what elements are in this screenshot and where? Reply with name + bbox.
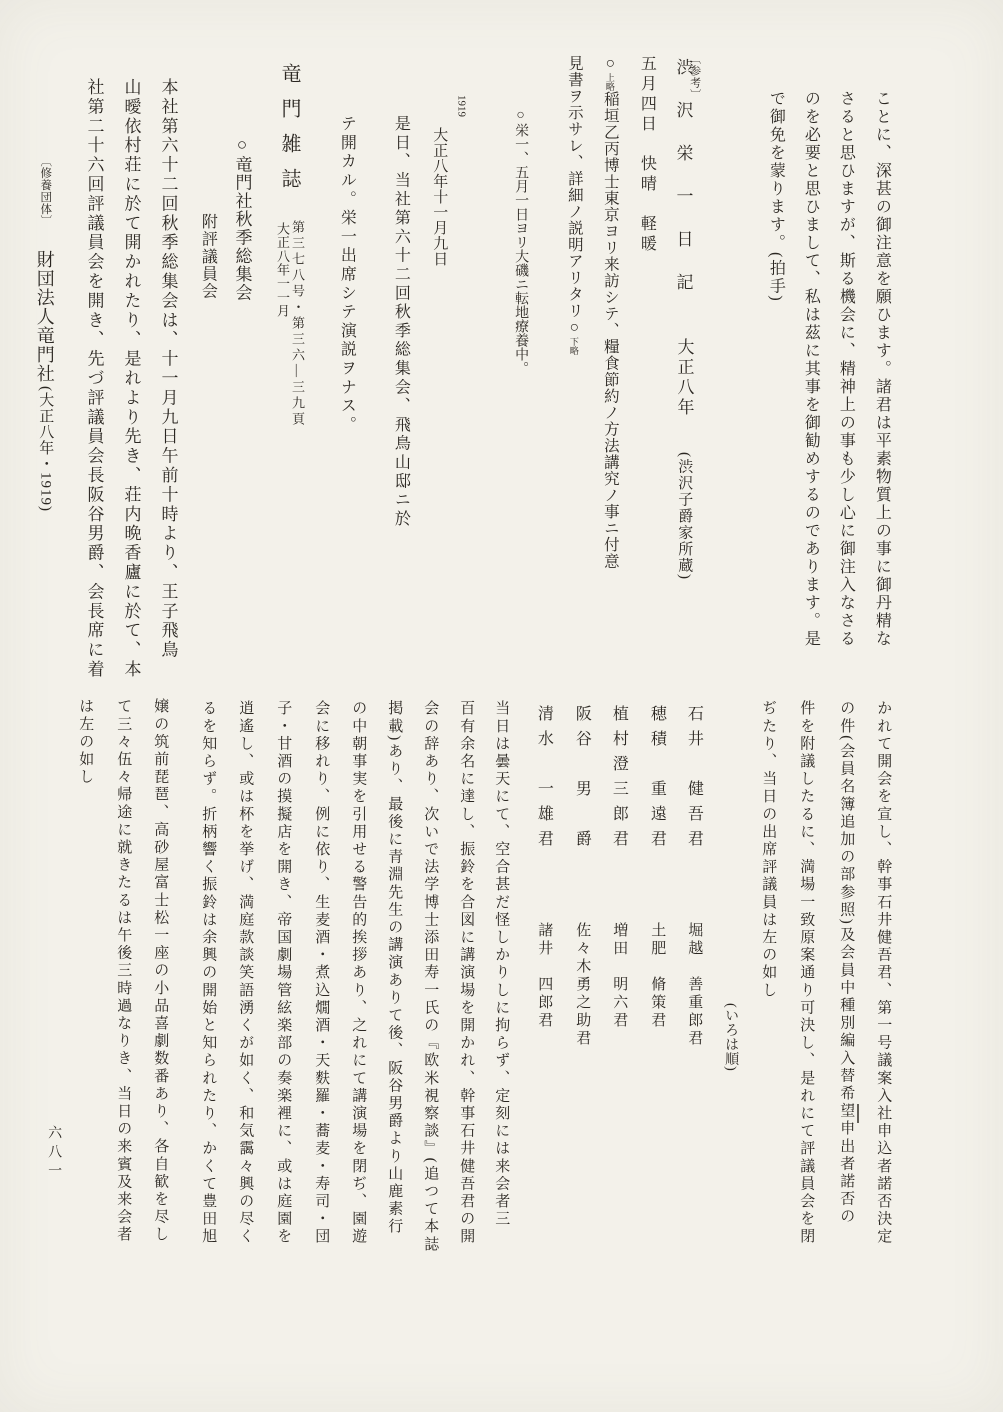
report-column-3: 会の辞あり、次いで法学博士添田寿一氏の『欧米視察談』(追つて本誌 (421, 700, 438, 1253)
journal-issue-date: 大正八年一一月 (274, 222, 289, 318)
scan-artifact (857, 1104, 859, 1123)
entry-date-heading: 大正八年十一月九日 (430, 127, 447, 267)
diary-body-column-1: ○上略稲垣乙丙博士東京ヨリ来訪シテ、糧食節約ノ方法講究ノ事ニ付意 (601, 55, 619, 570)
report-column-4: 掲載)あり、最後に青淵先生の講演ありて後、阪谷男爵より山鹿素行 (385, 700, 402, 1236)
journal-name: 竜門雑誌 (277, 63, 300, 203)
report-column-8: 逍遙し、或は杯を挙げ、満庭款談笑語湧くが如く、和気靄々興の尽く (236, 700, 253, 1246)
article-body-column-1: 本社第六十二回秋季総集会は、十一月九日午前十時より、王子飛鳥 (158, 78, 178, 660)
attendee-name: 植村澄三郎君 (609, 705, 627, 855)
report-column-5: の中朝事実を引用せる警告的挨拶あり、之れにて講演場を閉ぢ、園遊 (349, 700, 366, 1246)
attendee-name: 土肥 脩策君 (648, 922, 665, 1030)
article-subheading: 附評議員会 (198, 213, 216, 300)
entry-body-column-2: テ開カル。栄一出席シテ演説ヲナス。 (337, 115, 355, 435)
report-column-10: 嬢の筑前琵琶、高砂屋富士松一座の小品喜劇数番あり、各自歓を尽し (151, 698, 168, 1244)
minutes-column-2: の件(会員名簿追加の部参照)及会員中種別編入替希望申出者諾否の (837, 700, 854, 1226)
attendee-name: 清水 一雄君 (534, 705, 552, 855)
minutes-column-3: 件を附議したるに、満場一致原案通り可決し、是れにて評議員会を閉 (797, 700, 814, 1246)
article-body-column-3: 社第二十六回評議員会を開き、先づ評議員会長阪谷男爵、会長席に着 (84, 78, 104, 679)
side-category-label: 〔修養団体〕 (38, 155, 51, 227)
ellipsis-circle-mark: ○ (602, 55, 619, 73)
attendee-name: 増田 明六君 (610, 922, 627, 1030)
attendee-name: 穂積 重遠君 (647, 705, 665, 855)
attendee-name: 堀越 善重郎君 (685, 922, 702, 1048)
attendee-name: 石井 健吾君 (684, 705, 702, 855)
diary-title: 渋沢栄一日記 (673, 58, 693, 316)
diary-body-text-2: 見書ヲ示サレ、詳細ノ説明アリタリ (566, 55, 583, 319)
report-column-11: て三々伍々帰途に就きたるは午後三時過なりき、当日の来賓及来会者 (114, 698, 131, 1244)
ellipsis-circle-mark: ○ (566, 319, 583, 337)
speech-column-2: さると思ひますが、斯る機会に、精神上の事も少し心に御注入なさる (836, 90, 854, 648)
minutes-column-1: かれて開会を宣し、幹事石井健吾君、第一号議案入社申込者諾否決定 (874, 700, 891, 1246)
report-column-2: 百有余名に達し、振鈴を合図に講演場を開かれ、幹事石井健吾君の開 (457, 700, 474, 1246)
side-organization-label: 財団法人竜門社 (34, 250, 55, 383)
journal-issue: 第三七八号・第三六―三九頁 (289, 220, 304, 428)
report-column-7: 子・甘酒の摸擬店を開き、帝国劇場管絃楽部の奏楽裡に、或は庭園を (274, 700, 291, 1246)
entry-body-column-1: 是日、当社第六十二回秋季総集会、飛鳥山邸ニ於 (391, 115, 409, 529)
report-column-6: 会に移れり、例に依り、生麦酒・煮込燗酒・天麩羅・蕎麦・寿司・団 (312, 700, 329, 1246)
iroha-order-note: (いろは順) (722, 1003, 738, 1071)
article-body-column-2: 山曖依村荘に於て開かれたり、是れより先き、荘内晩香廬に於て、本 (121, 78, 141, 679)
diary-era-year: 大正八年 (674, 338, 694, 418)
jouryaku-note: 上略 (605, 73, 615, 91)
speech-column-4: で御免を蒙ります。(拍手) (766, 90, 784, 303)
scanned-page: ことに、深甚の御注意を願ひます。諸君は平素物質上の事に御丹精な さると思ひますが… (0, 0, 1003, 1412)
side-year-label: (大正八年・1919) (36, 386, 53, 512)
minutes-column-4: ぢたり、当日の出席評議員は左の如し (759, 700, 776, 999)
report-column-12: は左の如し (76, 698, 93, 786)
attendee-name: 阪谷 男 爵 (572, 705, 590, 855)
attendee-name: 佐々木勇之助君 (573, 922, 590, 1048)
report-column-1: 当日は曇天にて、空合甚だ怪しかりしに拘らず、定刻には来会者三 (492, 700, 509, 1228)
diary-body-column-2: 見書ヲ示サレ、詳細ノ説明アリタリ○下略 (565, 55, 583, 355)
geryaku-note: 下略 (569, 337, 579, 355)
diary-source: (渋沢子爵家所蔵) (675, 452, 692, 581)
page-number: 六八一 (45, 1125, 61, 1182)
entry-year-western: 1919 (455, 95, 468, 117)
diary-note: ○栄一、五月一日ヨリ大磯ニ転地療養中。 (512, 108, 528, 375)
speech-column-3: のを必要と思ひまして、私は茲に其事を御勧めするのであります。是 (801, 90, 819, 648)
diary-body-text-1: 稲垣乙丙博士東京ヨリ来訪シテ、糧食節約ノ方法講究ノ事ニ付意 (602, 91, 619, 570)
attendee-name: 諸井 四郎君 (535, 922, 552, 1030)
article-heading: ○竜門社秋季総集会 (232, 135, 252, 302)
report-column-9: るを知らず。折柄響く振鈴は余興の開始と知られたり、かくて豊田旭 (199, 700, 216, 1246)
diary-date-line: 五月四日 快晴 軽暖 (637, 55, 655, 255)
speech-column-1: ことに、深甚の御注意を願ひます。諸君は平素物質上の事に御丹精な (872, 90, 890, 648)
